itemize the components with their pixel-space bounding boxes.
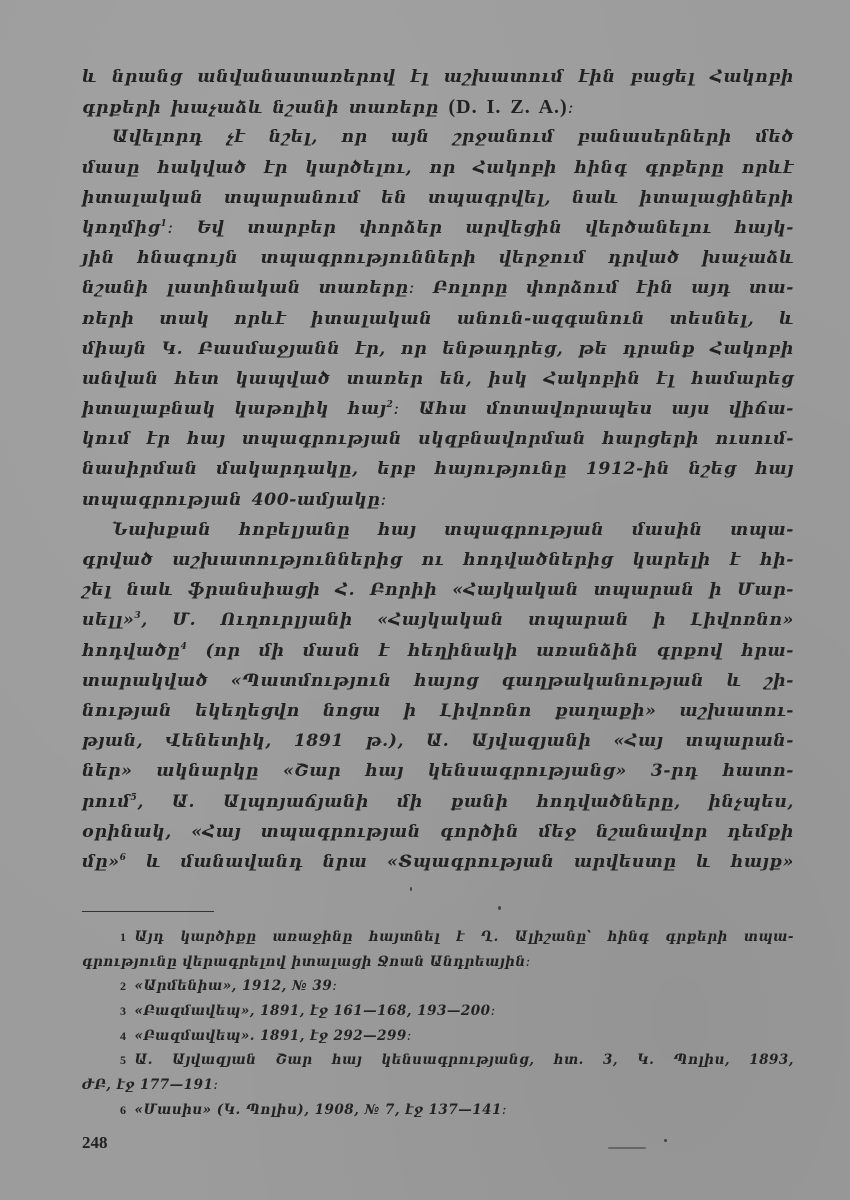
footnote-text: Ա. Այվազյան Շար հայ կենսագրությանց, հտ. … [135, 1052, 795, 1068]
paper-speck [498, 906, 501, 910]
text-fragment: սելլ» [82, 610, 134, 630]
footnote-5-cont: ԺԲ, էջ 177—191։ [82, 1073, 794, 1098]
text-line: Նախքան հոբելյանը հայ տպագրության մասին տ… [82, 515, 794, 545]
footnotes: 1Այդ կարծիքը առաջինը հայտնել է Ղ. Ալիշան… [82, 925, 794, 1123]
footnote-2: 2«Արմենիա», 1912, № 39։ [82, 974, 794, 999]
main-text-block: և նրանց անվանատառերով էլ աշխատում էին բա… [82, 62, 794, 877]
text-fragment: ։ Ահա մոտավորապես այս վիճա- [393, 399, 794, 419]
text-line: գրված աշխատություններից ու հոդվածներից կ… [82, 545, 794, 575]
footnote-text: «Մասիս» (Կ. Պոլիս), 1908, № 7, էջ 137—14… [135, 1102, 508, 1118]
text-line: ներ» ակնարկը «Շար հայ կենսագրությանց» 3-… [82, 756, 794, 786]
text-fragment: և մանավանդ նրա «Տպագրության արվեստը և հա… [126, 852, 794, 872]
text-line: նշանի լատինական տառերը։ Բոլորը փորձում է… [82, 273, 794, 303]
footnote-text: «Բազմավեպ», 1891, էջ 161—168, 193—200։ [135, 1003, 496, 1019]
text-line: մասը հակված էր կարծելու, որ Հակոբի հինգ … [82, 153, 794, 183]
text-line: նության եկեղեցվո նոցա ի Լիվոռնո քաղաքի» … [82, 696, 794, 726]
footnote-3: 3«Բազմավեպ», 1891, էջ 161—168, 193—200։ [82, 999, 794, 1024]
footnote-1-cont: գրությունը վերագրելով իտալացի Ջոան Անդրե… [82, 950, 794, 975]
text-line: յին հնագույն տպագրությունների վերջում դր… [82, 243, 794, 273]
footnote-number: 6 [120, 1103, 127, 1117]
text-fragment: կողմից [82, 218, 160, 238]
footnote-5: 5Ա. Այվազյան Շար հայ կենսագրությանց, հտ.… [82, 1048, 794, 1073]
text-line: կում էր հայ տպագրության սկզբնավորման հար… [82, 424, 794, 454]
text-line: գրքերի խաչաձև նշանի տառերը (D. I. Z. A.)… [82, 92, 794, 122]
paper-speck [664, 1139, 667, 1142]
footnote-text: Այդ կարծիքը առաջինը հայտնել է Ղ. Ալիշանը… [135, 929, 795, 945]
footnote-1: 1Այդ կարծիքը առաջինը հայտնել է Ղ. Ալիշան… [82, 925, 794, 950]
footnote-separator [82, 911, 214, 912]
footnote-text: «Արմենիա», 1912, № 39։ [135, 978, 338, 994]
footnote-number: 3 [120, 1004, 127, 1018]
page-number: 248 [82, 1133, 108, 1153]
footnote-number: 2 [120, 979, 127, 993]
paragraph-2: Նախքան հոբելյանը հայ տպագրության մասին տ… [82, 515, 794, 877]
text-fragment: գրքերի խաչաձև նշանի տառերը [82, 98, 439, 118]
text-line: թյան, Վենետիկ, 1891 թ.), Ա. Այվազյանի «Հ… [82, 726, 794, 756]
text-line: և նրանց անվանատառերով էլ աշխատում էին բա… [82, 62, 794, 92]
text-fragment: , Ա. Ալպոյաճյանի մի քանի հոդվածները, ինչ… [137, 792, 794, 812]
text-line: մը»6 և մանավանդ նրա «Տպագրության արվեստը… [82, 847, 794, 877]
text-fragment: մը» [82, 852, 120, 872]
paper-speck [410, 887, 412, 891]
footnote-4: 4«Բազմավեպ». 1891, էջ 292—299։ [82, 1024, 794, 1049]
text-line: իտալաբնակ կաթոլիկ հայ2։ Ահա մոտավորապես … [82, 394, 794, 424]
text-line: նասիրման մակարդակը, երբ հայությունը 1912… [82, 454, 794, 484]
text-fragment: հոդվածը [82, 641, 180, 661]
text-line: տարակված «Պատմություն հայոց գաղթականությ… [82, 666, 794, 696]
text-line: շել նաև ֆրանսիացի Հ. Բորիի «Հայկական տպա… [82, 575, 794, 605]
text-line: անվան հետ կապված տառեր են, իսկ Հակոբին է… [82, 364, 794, 394]
footnote-6: 6«Մասիս» (Կ. Պոլիս), 1908, № 7, էջ 137—1… [82, 1098, 794, 1123]
text-fragment: իտալաբնակ կաթոլիկ հայ [82, 399, 387, 419]
text-line: օրինակ, «Հայ տպագրության գործին մեջ նշան… [82, 817, 794, 847]
text-fragment: ։ Եվ տարբեր փորձեր արվեցին վերծանելու հա… [167, 218, 794, 238]
text-fragment: րում [82, 792, 130, 812]
text-line: կողմից1։ Եվ տարբեր փորձեր արվեցին վերծան… [82, 213, 794, 243]
text-line: հոդվածը4 (որ մի մասն է հեղինակի առանձին … [82, 636, 794, 666]
text-line: սելլ»3, Մ. Ուղուրլյանի «Հայկական տպարան … [82, 605, 794, 635]
text-fragment: (որ մի մասն է հեղինակի առանձին գրքով հրա… [187, 641, 794, 661]
footnote-text: «Բազմավեպ». 1891, էջ 292—299։ [135, 1028, 412, 1044]
text-fragment: ։ [568, 98, 574, 118]
footnote-number: 4 [120, 1029, 127, 1043]
paper-speck [608, 1147, 646, 1149]
footnote-number: 1 [120, 930, 127, 944]
text-line: տպագրության 400-ամյակը։ [82, 485, 794, 515]
text-line: րում5, Ա. Ալպոյաճյանի մի քանի հոդվածները… [82, 787, 794, 817]
text-line: Ավելորդ չէ նշել, որ այն շրջանում բանասեր… [82, 122, 794, 152]
paragraph-1: և նրանց անվանատառերով էլ աշխատում էին բա… [82, 62, 794, 515]
text-fragment: , Մ. Ուղուրլյանի «Հայկական տպարան ի Լիվո… [141, 610, 794, 630]
footnote-number: 5 [120, 1053, 127, 1067]
text-line: իտալական տպարանում են տպագրվել, նաև իտալ… [82, 183, 794, 213]
text-line: ռերի տակ որևէ իտալական անուն-ազգանուն տե… [82, 304, 794, 334]
latin-initials: (D. I. Z. A.) [448, 96, 567, 118]
text-line: միայն Կ. Բասմաջյանն էր, որ ենթադրեց, թե … [82, 334, 794, 364]
